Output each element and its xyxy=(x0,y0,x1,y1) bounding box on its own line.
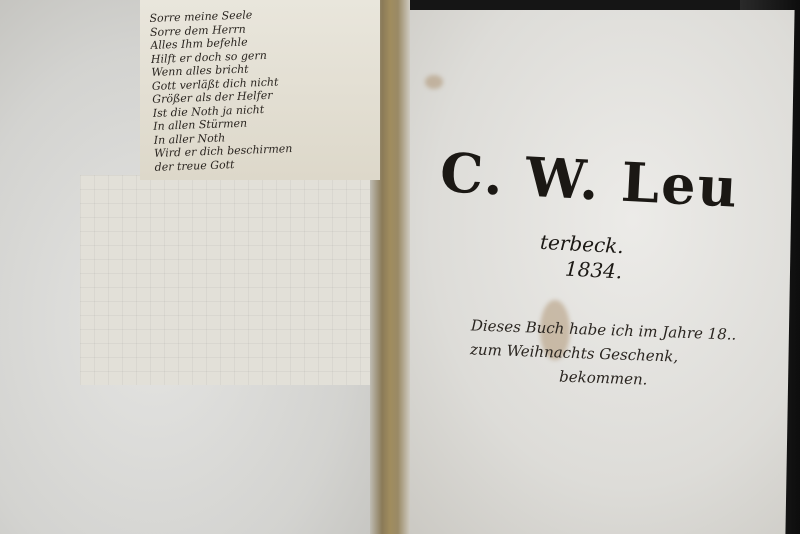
stain xyxy=(425,75,443,89)
owner-name-continuation: terbeck. xyxy=(539,230,624,258)
book-photo: Sorre meine Seele Sorre dem Herrn Alles … xyxy=(0,0,800,534)
gift-inscription: Dieses Buch habe ich im Jahre 18.. zum W… xyxy=(469,313,737,394)
year: 1834. xyxy=(564,257,622,284)
handwritten-note-text: Sorre meine Seele Sorre dem Herrn Alles … xyxy=(149,4,380,174)
pasted-grid-paper xyxy=(80,175,370,385)
